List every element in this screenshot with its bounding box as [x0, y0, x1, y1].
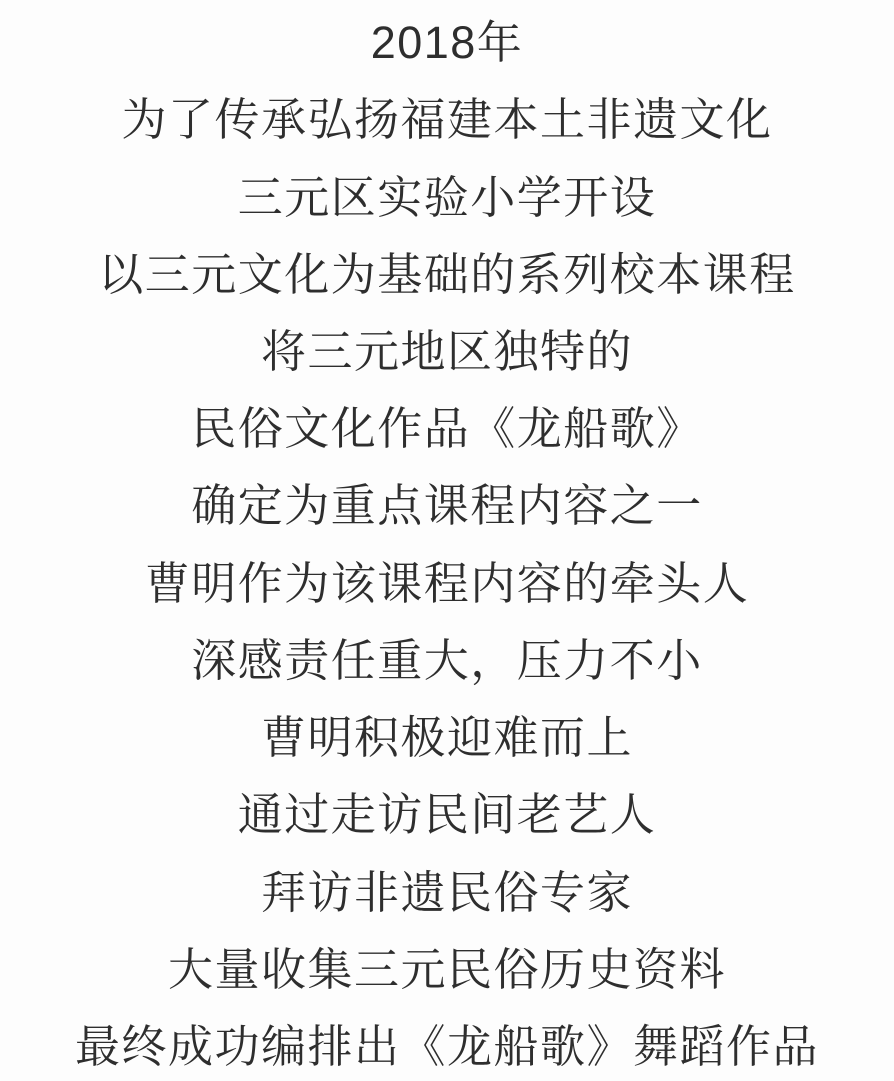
text-line: 三元区实验小学开设: [0, 154, 894, 231]
text-line: 曹明积极迎难而上: [0, 695, 894, 772]
text-line: 深感责任重大，压力不小: [0, 618, 894, 695]
text-line: 以三元文化为基础的系列校本课程: [0, 232, 894, 309]
text-line: 最终成功编排出《龙船歌》舞蹈作品: [0, 1004, 894, 1081]
text-line: 民俗文化作品《龙船歌》: [0, 386, 894, 463]
text-line: 为了传承弘扬福建本土非遗文化: [0, 77, 894, 154]
text-line: 确定为重点课程内容之一: [0, 463, 894, 540]
text-line: 通过走访民间老艺人: [0, 772, 894, 849]
text-line: 2018年: [0, 0, 894, 77]
text-line: 将三元地区独特的: [0, 309, 894, 386]
text-page: 2018年 为了传承弘扬福建本土非遗文化 三元区实验小学开设 以三元文化为基础的…: [0, 0, 894, 1081]
text-line: 大量收集三元民俗历史资料: [0, 927, 894, 1004]
text-line: 拜访非遗民俗专家: [0, 849, 894, 926]
text-line: 曹明作为该课程内容的牵头人: [0, 541, 894, 618]
